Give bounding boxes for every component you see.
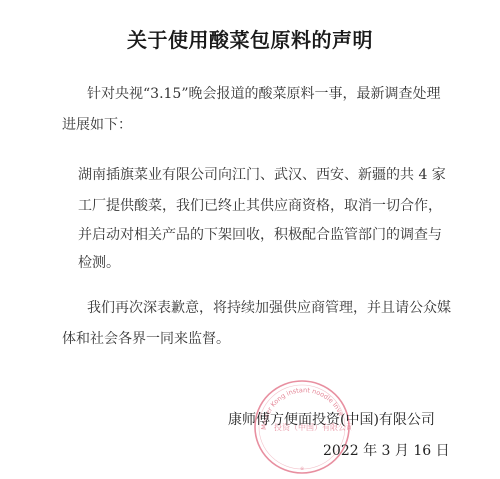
paragraph-2-line-4: 检测。 bbox=[78, 254, 120, 272]
paragraph-1-line-1: 针对央视“3.15”晚会报道的酸菜原料一事，最新调查处理 bbox=[87, 85, 441, 103]
paragraph-3-line-2: 体和社会各界一同来监督。 bbox=[62, 330, 230, 348]
signature-company: 康师傅方便面投资(中国)有限公司 bbox=[228, 409, 435, 429]
paragraph-1-line-2: 进展如下： bbox=[62, 116, 132, 134]
paragraph-2-line-1: 湖南插旗菜业有限公司向江门、武汉、西安、新疆的共 4 家 bbox=[78, 166, 446, 184]
document-title: 关于使用酸菜包原料的声明 bbox=[0, 24, 500, 53]
paragraph-2-line-3: 并启动对相关产品的下架回收，积极配合监管部门的调查与 bbox=[78, 226, 442, 244]
paragraph-3-line-1: 我们再次深表歉意，将持续加强供应商管理，并且请公众媒 bbox=[87, 299, 451, 317]
svg-text:※: ※ bbox=[300, 466, 304, 472]
signature-date: 2022 年 3 月 16 日 bbox=[323, 440, 450, 460]
paragraph-2-line-2: 工厂提供酸菜，我们已终止其供应商资格，取消一切合作， bbox=[78, 197, 442, 215]
